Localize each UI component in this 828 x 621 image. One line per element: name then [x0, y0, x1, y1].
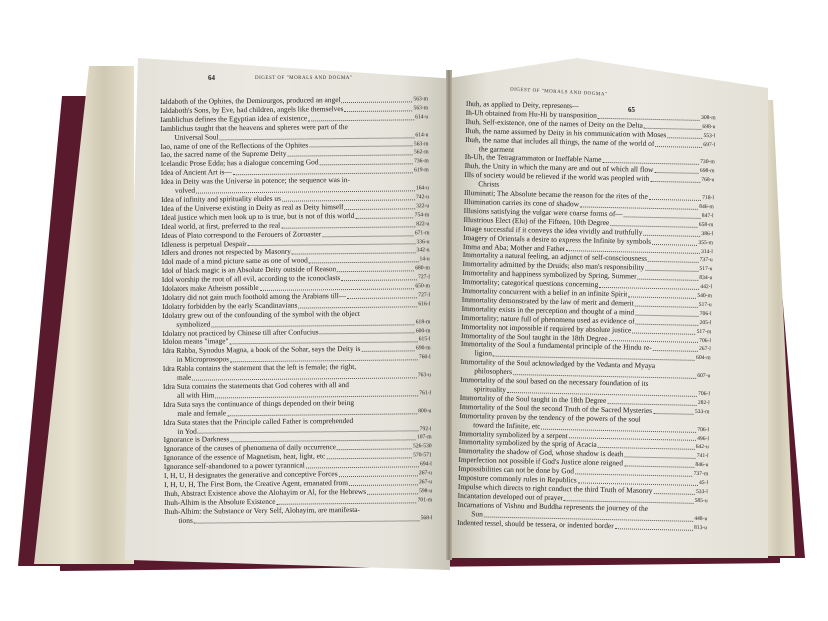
dot-leader: [598, 441, 695, 450]
dot-leader: [653, 487, 695, 495]
index-entry-page-ref: 650-m: [415, 282, 430, 291]
index-entry-page-ref: 107-m: [417, 434, 432, 443]
dot-leader: [282, 193, 415, 201]
dot-leader: [339, 469, 418, 477]
dot-leader: [648, 255, 699, 263]
index-entry-page-ref: 737-m: [694, 470, 709, 479]
index-entry-page-ref: 553-l: [703, 132, 715, 141]
dot-leader: [344, 104, 412, 112]
dot-leader: [624, 460, 695, 468]
index-entry-page-ref: 526-530: [413, 443, 432, 452]
index-entry-page-ref: 706-l: [697, 426, 709, 435]
dot-leader: [607, 397, 697, 406]
index-entry-page-ref: 568-l: [421, 514, 433, 523]
dot-leader: [644, 122, 702, 130]
index-entry-text: in Yod: [163, 427, 196, 436]
index-entry-page-ref: 701-m: [418, 496, 433, 505]
dot-leader: [319, 158, 413, 166]
index-entry-page-ref: 727-l: [418, 273, 430, 282]
index-entry-page-ref: 847-l: [702, 212, 714, 221]
index-entry-page-ref: 600-m: [416, 327, 431, 336]
index-entry-page-ref: 846-m: [699, 203, 714, 212]
dot-leader: [653, 407, 694, 415]
dot-leader: [632, 326, 695, 334]
dot-leader: [309, 256, 419, 264]
dot-leader: [227, 407, 417, 416]
book-gutter: [446, 70, 452, 560]
dot-leader: [298, 300, 417, 308]
index-entry-page-ref: 730-m: [700, 158, 715, 167]
index-entry-page-ref: 563-m: [413, 104, 428, 113]
index-entry-page-ref: 718-l: [702, 194, 714, 203]
index-entry-page-ref: 14-u: [419, 255, 429, 264]
dot-leader: [609, 335, 699, 344]
dot-leader: [292, 247, 416, 255]
dot-leader: [337, 265, 414, 273]
dot-leader: [566, 245, 700, 255]
dot-leader: [667, 131, 702, 139]
index-entry-page-ref: 562-m: [414, 149, 429, 158]
index-entry-page-ref: 314-l: [701, 247, 713, 256]
dot-leader: [653, 344, 698, 352]
index-entry-page-ref: 690-m: [416, 345, 431, 354]
dot-leader: [624, 451, 695, 459]
index-entry-page-ref: 386-l: [701, 230, 713, 239]
index-entry-page-ref: 533-m: [695, 408, 710, 417]
dot-leader: [248, 238, 416, 247]
dot-leader: [599, 281, 699, 290]
index-entry-page-ref: 517-m: [696, 328, 711, 337]
index-entry-page-ref: 768-u: [701, 176, 714, 185]
index-entry-page-ref: 496-l: [697, 434, 709, 443]
dot-leader: [575, 468, 693, 477]
index-entry-page-ref: 45-l: [699, 479, 708, 488]
index-entry-page-ref: 800-u: [418, 407, 431, 416]
left-index-list: Ialdaboth of the Ophites, the Demiourgos…: [160, 95, 432, 525]
index-entry-page-ref: 846-u: [695, 461, 708, 470]
dot-leader: [564, 494, 694, 504]
index-entry-page-ref: 164-u: [416, 184, 429, 193]
dot-leader: [610, 219, 698, 228]
dot-leader: [645, 264, 698, 272]
dot-leader: [341, 273, 417, 281]
dot-leader: [654, 166, 699, 174]
dot-leader: [361, 345, 415, 352]
index-entry-page-ref: 563-m: [413, 95, 428, 104]
index-entry-page-ref: 792-l: [420, 425, 432, 434]
dot-leader: [598, 112, 700, 121]
index-entry-page-ref: 282-l: [698, 399, 710, 408]
dot-leader: [215, 389, 418, 398]
dot-leader: [655, 140, 702, 148]
index-entry-page-ref: 267-u: [419, 478, 432, 487]
dot-leader: [652, 238, 698, 246]
dot-leader: [230, 434, 416, 443]
dot-leader: [308, 113, 414, 121]
dot-leader: [638, 273, 699, 281]
dot-leader: [347, 291, 417, 299]
index-entry-page-ref: 607-u: [697, 372, 710, 381]
dot-leader: [367, 487, 418, 494]
index-entry-page-ref: 585-u: [694, 497, 707, 506]
index-entry-page-ref: 763-u: [418, 371, 431, 380]
dot-leader: [635, 300, 698, 308]
right-index-list: Ihuh, as applied to Deity, represents—Ih…: [457, 100, 716, 533]
index-entry-page-ref: 336-u: [416, 238, 429, 247]
dot-leader: [615, 522, 693, 531]
index-entry-page-ref: 618-m: [416, 318, 431, 327]
index-entry-page-ref: 697-l: [703, 141, 715, 150]
dot-leader: [635, 308, 699, 316]
index-entry-text: tions: [164, 516, 192, 525]
index-entry-page-ref: 614-u: [415, 113, 428, 122]
index-entry-page-ref: 598-u: [419, 487, 432, 496]
index-entry-page-ref: 563-m: [414, 140, 429, 149]
index-entry-page-ref: 822-u: [416, 220, 429, 229]
index-entry-page-ref: 671-m: [415, 229, 430, 238]
index-entry-page-ref: 706-l: [700, 310, 712, 319]
dot-leader: [229, 336, 417, 345]
index-entry-page-ref: 616-l: [418, 300, 430, 309]
dot-leader: [322, 229, 414, 237]
dot-leader: [569, 432, 697, 442]
dot-leader: [276, 496, 416, 504]
index-entry-text: volved: [161, 187, 195, 196]
index-entry-page-ref: 448-u: [694, 515, 707, 524]
dot-leader: [198, 425, 419, 434]
index-entry-page-ref: 813-u: [694, 523, 707, 532]
index-entry-page-ref: 727-l: [418, 291, 430, 300]
dot-leader: [230, 354, 418, 363]
index-entry-page-ref: 615-l: [419, 336, 431, 345]
dot-leader: [628, 290, 696, 298]
dot-leader: [326, 452, 412, 460]
index-entry-page-ref: 308-m: [701, 114, 716, 123]
index-entry-page-ref: 760-l: [419, 353, 431, 362]
index-entry-page-ref: 706-l: [698, 390, 710, 399]
index-entry-page-ref: 741-l: [697, 452, 709, 461]
index-entry-page-ref: 614-u: [415, 131, 428, 140]
index-entry-page-ref: 698-u: [702, 123, 715, 132]
index-entry-page-ref: 698-m: [700, 167, 715, 176]
dot-leader: [337, 443, 412, 451]
dot-leader: [602, 156, 699, 165]
dot-leader: [345, 202, 416, 210]
index-entry-page-ref: 737-u: [700, 256, 713, 265]
index-entry-page-ref: 642-u: [696, 443, 709, 452]
index-entry-page-ref: 834-u: [699, 274, 712, 283]
index-entry-page-ref: 267-l: [699, 345, 711, 354]
index-entry-page-ref: 517-u: [699, 301, 712, 310]
left-page-number: 64: [208, 74, 215, 82]
dot-leader: [309, 140, 413, 148]
dot-leader: [233, 167, 413, 176]
dot-leader: [643, 228, 700, 236]
index-entry-page-ref: 706-l: [699, 336, 711, 345]
dot-leader: [220, 131, 415, 140]
index-entry-page-ref: 205-l: [699, 319, 711, 328]
index-entry-page-ref: 442-l: [700, 283, 712, 292]
dot-leader: [194, 514, 420, 523]
index-entry-page-ref: 736-m: [414, 158, 429, 167]
index-entry-page-ref: 355-m: [698, 238, 713, 247]
dot-leader: [320, 327, 415, 335]
index-entry-page-ref: 754-m: [415, 211, 430, 220]
index-entry-text: male: [163, 374, 191, 383]
dot-leader: [636, 317, 699, 325]
dot-leader: [349, 478, 418, 486]
index-entry-page-ref: 322-u: [416, 202, 429, 211]
dot-leader: [196, 184, 415, 193]
index-entry-page-ref: 694-l: [420, 460, 432, 469]
index-entry-page-ref: 680-m: [415, 264, 430, 273]
index-entry-page-ref: 742-u: [416, 193, 429, 202]
dot-leader: [578, 476, 698, 485]
index-entry-page-ref: 342-u: [417, 247, 430, 256]
index-entry-page-ref: 619-m: [414, 166, 429, 175]
dot-leader: [211, 318, 414, 327]
index-entry-page-ref: 761-l: [419, 389, 431, 398]
dot-leader: [288, 149, 413, 157]
dot-leader: [192, 371, 417, 380]
left-running-head: Digest of "Morals and Dogma": [255, 76, 352, 81]
index-entry-page-ref: 540-m: [697, 292, 712, 301]
index-entry-page-ref: 570-571: [413, 451, 432, 460]
dot-leader: [650, 175, 700, 183]
dot-leader: [260, 282, 415, 291]
dot-leader: [355, 211, 413, 219]
dot-leader: [281, 220, 415, 228]
dot-leader: [306, 460, 419, 468]
index-entry-page-ref: 517-u: [699, 265, 712, 274]
dot-leader: [649, 193, 702, 201]
index-entry-page-ref: 267-u: [419, 469, 432, 478]
dot-leader: [341, 95, 412, 103]
dot-leader: [624, 210, 701, 219]
index-entry-page-ref: 533-l: [696, 488, 708, 497]
dot-leader: [580, 200, 698, 209]
index-entry-page-ref: 604-m: [696, 354, 711, 363]
index-entry-page-ref: 658-m: [699, 221, 714, 230]
